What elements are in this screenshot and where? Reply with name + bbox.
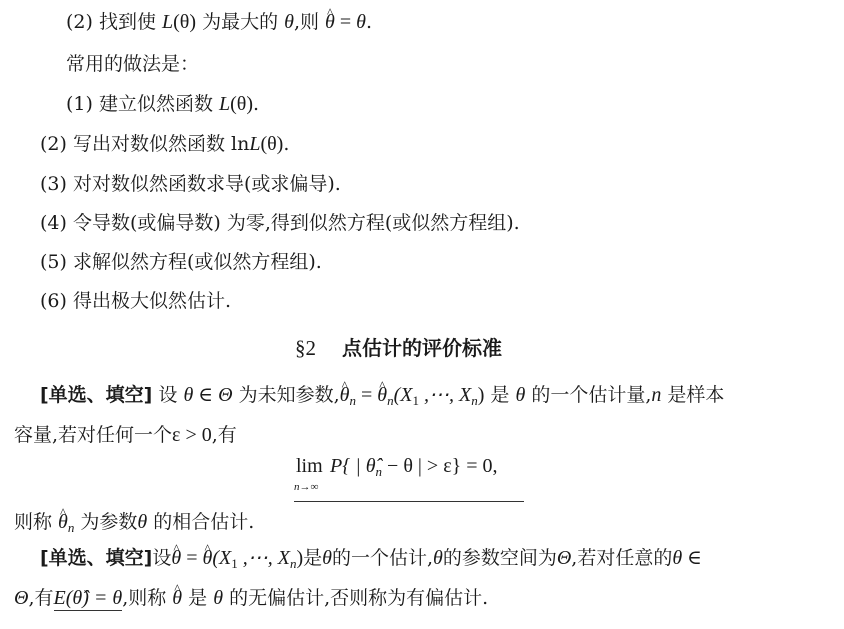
math-L: L <box>162 11 173 33</box>
math-lim: lim <box>296 455 323 478</box>
math-theta-paren: (θ) <box>173 11 196 33</box>
text: 常用的做法是： <box>66 53 199 75</box>
text: 为最大的 <box>196 11 284 33</box>
text: (4) 令导数(或偏导数) 为零,得到似然方程(或似然方程组). <box>40 212 520 234</box>
method-step-4: (4) 令导数(或偏导数) 为零,得到似然方程(或似然方程组). <box>40 211 520 235</box>
method-step-2: (2) 写出对数似然函数 lnL(θ). <box>40 132 289 156</box>
math-dots: ,⋯, X <box>238 547 290 569</box>
step-2-find-max-line: (2) 找到使 L(θ) 为最大的 θ,则 θ = θ. <box>66 10 372 34</box>
text: ,有 <box>212 424 237 446</box>
math-dots: ,⋯, X <box>419 384 471 406</box>
math-theta-hat: θ <box>58 510 68 534</box>
math-expectation-underlined: E(θ̂) = θ <box>54 587 123 611</box>
math-L: L <box>249 133 260 155</box>
math-prob: P{ | θ̂ <box>330 455 376 477</box>
text: 的一个估计量, <box>525 384 651 406</box>
text: 则称 <box>14 511 58 533</box>
text: (2) 写出对数似然函数 ln <box>40 133 249 155</box>
consistency-definition-line-2: 容量,若对任何一个ε > 0,有 <box>14 423 237 447</box>
text: (2) 找到使 <box>66 11 162 33</box>
unbiased-definition-line-2: Θ,有E(θ̂) = θ,则称 θ 是 θ 的无偏估计,否则称为有偏估计. <box>14 586 488 610</box>
section-number: §2 <box>295 336 316 360</box>
math-theta: θ <box>433 547 443 569</box>
math-Theta: Θ <box>218 384 232 406</box>
text: 为未知参数, <box>233 384 340 406</box>
text: ,则称 <box>122 587 172 609</box>
text: 设 <box>152 384 183 406</box>
text: ,有 <box>28 587 53 609</box>
consistency-formula: lim n→∞ P{ | θ̂n − θ | > ε} = 0, <box>294 453 524 502</box>
math-theta: θ <box>137 511 147 533</box>
math-args: (X <box>394 384 413 406</box>
text: 是 <box>182 587 213 609</box>
math-theta: θ <box>515 384 525 406</box>
text: ,则 <box>294 11 325 33</box>
text: 是 <box>303 547 322 569</box>
math-Theta: Θ <box>557 547 571 569</box>
math-theta-hat: θ <box>377 383 387 407</box>
text: . <box>253 93 259 115</box>
text: (1) 建立似然函数 <box>66 93 219 115</box>
text: . <box>366 11 372 33</box>
common-method-line: 常用的做法是： <box>66 52 199 76</box>
math-in: ∈ <box>682 547 702 569</box>
math-Theta: Θ <box>14 587 28 609</box>
math-theta: θ <box>213 587 223 609</box>
math-eq: = <box>181 547 202 569</box>
math-theta-hat: θ <box>203 546 213 570</box>
math-theta-hat: θ <box>325 10 335 34</box>
math-gt-zero: > 0 <box>180 424 211 446</box>
text: (5) 求解似然方程(或似然方程组). <box>40 251 322 273</box>
math-theta-paren: (θ) <box>230 93 253 115</box>
text: (3) 对对数似然函数求导(或求偏导). <box>40 173 341 195</box>
text: 的一个估计, <box>332 547 433 569</box>
math-theta: θ <box>284 11 294 33</box>
math-theta: θ <box>183 384 193 406</box>
math-n: n <box>651 384 661 406</box>
text: 的无偏估计,否则称为有偏估计. <box>223 587 488 609</box>
method-step-5: (5) 求解似然方程(或似然方程组). <box>40 250 322 274</box>
question-type-tag: [单选、填空] <box>40 384 152 406</box>
math-theta-paren: (θ) <box>260 133 283 155</box>
method-step-1: (1) 建立似然函数 L(θ). <box>66 92 259 116</box>
unbiased-definition-line-1: [单选、填空]设θ = θ(X1 ,⋯, Xn)是θ的一个估计,θ的参数空间为Θ… <box>40 546 702 576</box>
math-theta-hat: θ <box>340 383 350 407</box>
text: ,若对任意的 <box>571 547 672 569</box>
math-theta: θ <box>322 547 332 569</box>
math-lim-subscript: n→∞ <box>294 481 318 493</box>
text: 是样本 <box>661 384 724 406</box>
method-step-6: (6) 得出极大似然估计. <box>40 289 231 313</box>
text: 是 <box>484 384 515 406</box>
text: (6) 得出极大似然估计. <box>40 290 231 312</box>
math-theta-hat: θ <box>172 586 182 610</box>
section-heading: §2点估计的评价标准 <box>295 336 502 361</box>
method-step-3: (3) 对对数似然函数求导(或求偏导). <box>40 172 341 196</box>
math-in: ∈ <box>193 384 218 406</box>
question-type-tag: [单选、填空] <box>40 547 152 569</box>
text: . <box>283 133 289 155</box>
math-eq: = <box>335 11 356 33</box>
consistent-estimator-line: 则称 θn 为参数θ 的相合估计. <box>14 510 254 540</box>
text: 容量,若对任何一个 <box>14 424 172 446</box>
math-theta: θ <box>672 547 682 569</box>
math-rest: − θ | > ε} = 0, <box>382 455 497 477</box>
text: 的相合估计. <box>147 511 254 533</box>
math-theta-hat: θ <box>171 546 181 570</box>
text: 的参数空间为 <box>443 547 557 569</box>
math-L: L <box>219 93 230 115</box>
section-title: 点估计的评价标准 <box>342 336 502 360</box>
math-theta: θ <box>356 11 366 33</box>
math-args: (X <box>212 547 231 569</box>
math-eq: = <box>356 384 377 406</box>
text: 为参数 <box>74 511 137 533</box>
formula-body: P{ | θ̂n − θ | > ε} = 0, <box>330 455 497 480</box>
consistency-definition-line-1: [单选、填空] 设 θ ∈ Θ 为未知参数,θn = θn(X1 ,⋯, Xn)… <box>40 383 724 413</box>
text: 设 <box>152 547 171 569</box>
